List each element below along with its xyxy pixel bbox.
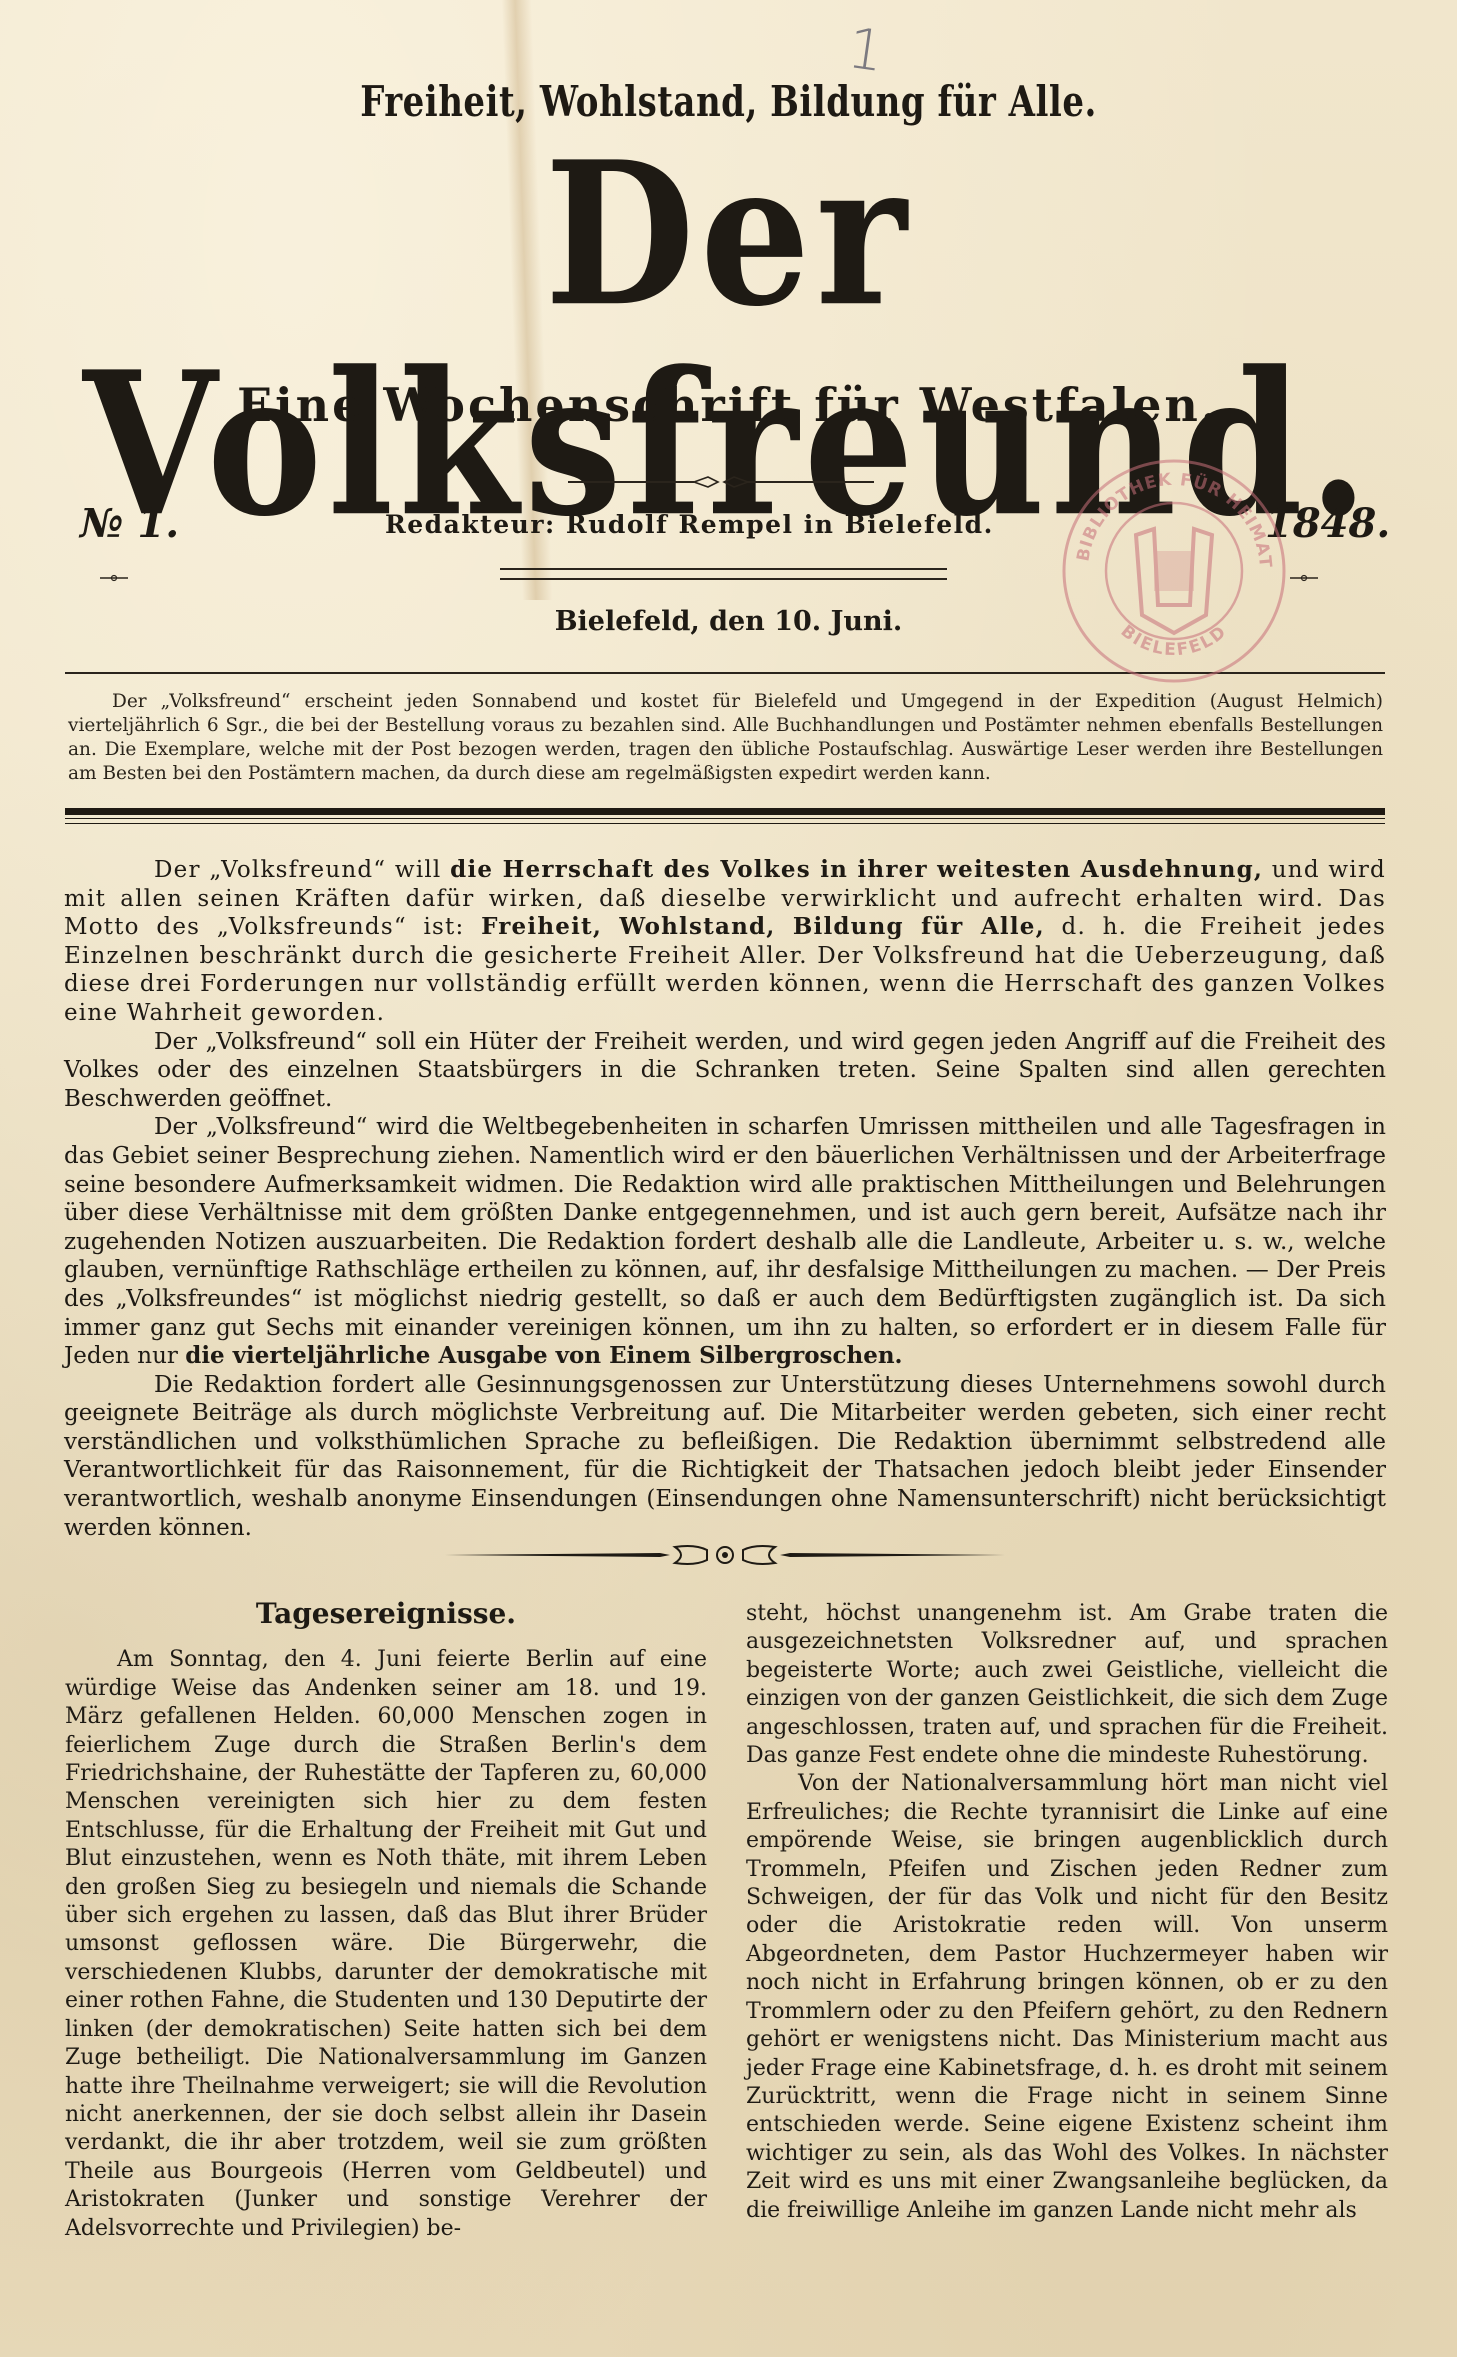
- intro-article: Der „Volksfreund“ will die Herrschaft de…: [64, 856, 1386, 1542]
- intro-paragraph-2: Der „Volksfreund“ soll ein Hüter der Fre…: [64, 1028, 1386, 1114]
- section-heading: Tagesereignisse.: [65, 1600, 707, 1628]
- pencil-page-number: 1: [844, 16, 888, 85]
- right-flourish-icon: [1290, 574, 1318, 582]
- subscription-notice: Der „Volksfreund“ erscheint jeden Sonnab…: [68, 690, 1383, 786]
- intro-paragraph-3: Der „Volksfreund“ wird die Weltbegebenhe…: [64, 1113, 1386, 1370]
- news-paragraph: Am Sonntag, den 4. Juni feierte Berlin a…: [65, 1646, 707, 2243]
- double-rule-short: [500, 568, 947, 580]
- bold-phrase: die Herrschaft des Volkes in ihrer weite…: [450, 856, 1263, 883]
- news-paragraph-continued: steht, höchst unangenehm ist. Am Grabe t…: [746, 1600, 1388, 1770]
- stamp-text-bottom: BIELEFELD: [1117, 621, 1232, 660]
- newspaper-subtitle: Eine Wochenschrift für Westfalen.: [0, 378, 1457, 432]
- small-ornament-divider-icon: [568, 476, 874, 488]
- bold-motto: Freiheit, Wohlstand, Bildung für Alle,: [481, 913, 1045, 940]
- news-column-left: Tagesereignisse. Am Sonntag, den 4. Juni…: [65, 1600, 707, 2243]
- heavy-double-rule: [65, 808, 1385, 824]
- news-column-right: steht, höchst unangenehm ist. Am Grabe t…: [746, 1600, 1388, 2225]
- issue-number: № 1.: [80, 500, 179, 547]
- library-stamp-icon: STADT. BIBLIOTHEK FÜR HEIMATKUNDE BIELEF…: [1058, 455, 1290, 687]
- intro-paragraph-4: Die Redaktion fordert alle Gesinnungsgen…: [64, 1371, 1386, 1543]
- news-paragraph: Von der Nationalversammlung hört man nic…: [746, 1770, 1388, 2225]
- editor-line: Redakteur: Rudolf Rempel in Bielefeld.: [385, 510, 994, 539]
- left-flourish-icon: [100, 574, 128, 582]
- svg-text:BIELEFELD: BIELEFELD: [1117, 621, 1232, 660]
- bold-price: die vierteljährliche Ausgabe von Einem S…: [185, 1342, 902, 1369]
- intro-paragraph-1: Der „Volksfreund“ will die Herrschaft de…: [64, 856, 1386, 1028]
- ornamental-divider-icon: [445, 1540, 1005, 1570]
